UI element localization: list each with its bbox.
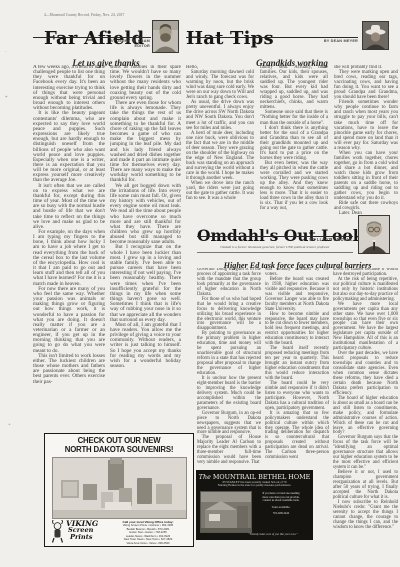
omdahl-column-2: was soundly defeated by the voters. Befo… — [265, 268, 329, 465]
scan-artifact: · — [5, 50, 7, 55]
omdahl-tagline: Omdahl is a former lieutenant governor, … — [197, 245, 353, 249]
viking-logo: VIKING Screen Prints — [51, 520, 109, 541]
divider — [186, 37, 358, 38]
nursing-home-building-photo-icon — [201, 492, 251, 532]
bethel-title-the: The — [199, 473, 211, 481]
man-with-beard-portrait-icon — [153, 21, 178, 52]
omdahl-headshot-photo — [358, 215, 390, 254]
scanned-newspaper-page: { "colors":{"paper":"#f1efeb","ink":"#16… — [0, 0, 400, 567]
bethel-phone: 701-628-2442 — [252, 512, 310, 516]
kram-headshot-photo — [152, 20, 179, 53]
divider — [33, 37, 151, 38]
page-header-meta: 4—Mountrail County Record, Friday, Nov. … — [44, 13, 124, 17]
viking-office-list: Viking Screen Prints • Gwinner • 962-336… — [109, 524, 187, 545]
man-with-glasses-portrait-icon — [359, 216, 389, 253]
bethel-building-photo — [200, 491, 252, 533]
man-in-cowboy-hat-portrait-icon — [363, 22, 388, 49]
far-afield-column-1: A few weeks ago, a friend of mine challe… — [33, 65, 105, 426]
viking-ad-headline-line2: NORTH DAKOTA SOUVENIRS! — [45, 446, 193, 455]
byline-role: EDITOR — [58, 44, 150, 49]
bethel-right-text: If you have a loved one needing more car… — [252, 492, 310, 503]
souvenir-products-photo — [52, 457, 187, 519]
divider — [197, 252, 353, 253]
viking-mascot-icon — [51, 520, 64, 543]
bethel-sub-line2: Nursing Homes in the state for quality m… — [196, 484, 313, 488]
far-afield-byline: BY JERRY W. KRAM EDITOR — [58, 39, 150, 49]
hat-tips-column-2: family deal. Actually, three families. O… — [260, 65, 328, 214]
omdahl-byline: BY LLOYD OMDAHL — [240, 238, 353, 243]
bethel-tours-line: Tours available. — [252, 506, 310, 510]
mugs-and-glasses-photo-icon — [53, 458, 186, 518]
omdahl-column-3: down in flames because it would have des… — [333, 268, 398, 534]
bethel-home-ad: The MOUNTRAIL BETHEL HOME IN STANLEY has… — [196, 470, 313, 540]
viking-offices-block: Call your local Viking Office today: Vik… — [109, 520, 187, 545]
hat-tips-byline: BY DEAN MEYER — [250, 39, 358, 44]
viking-logo-line3: Prints — [70, 534, 109, 541]
scan-artifact: * — [5, 96, 8, 101]
hat-tips-column-1: Hello, Saturday morning dawned cold and … — [186, 65, 254, 214]
scan-artifact: + — [8, 423, 11, 428]
hat-tips-column-3: she will probably find it. They were mar… — [334, 65, 398, 214]
omdahl-column-1: Governor Doug Burgum is in the process o… — [197, 268, 261, 465]
far-afield-column-2: sions as hobbies in their spare time. We… — [110, 65, 181, 426]
bethel-tagline: “Nobody takes care of you like your own.… — [236, 532, 310, 536]
meyer-headshot-photo — [362, 21, 389, 50]
viking-souvenirs-ad: CHECK OUT OUR NEW NORTH DAKOTA SOUVENIRS… — [44, 433, 194, 547]
